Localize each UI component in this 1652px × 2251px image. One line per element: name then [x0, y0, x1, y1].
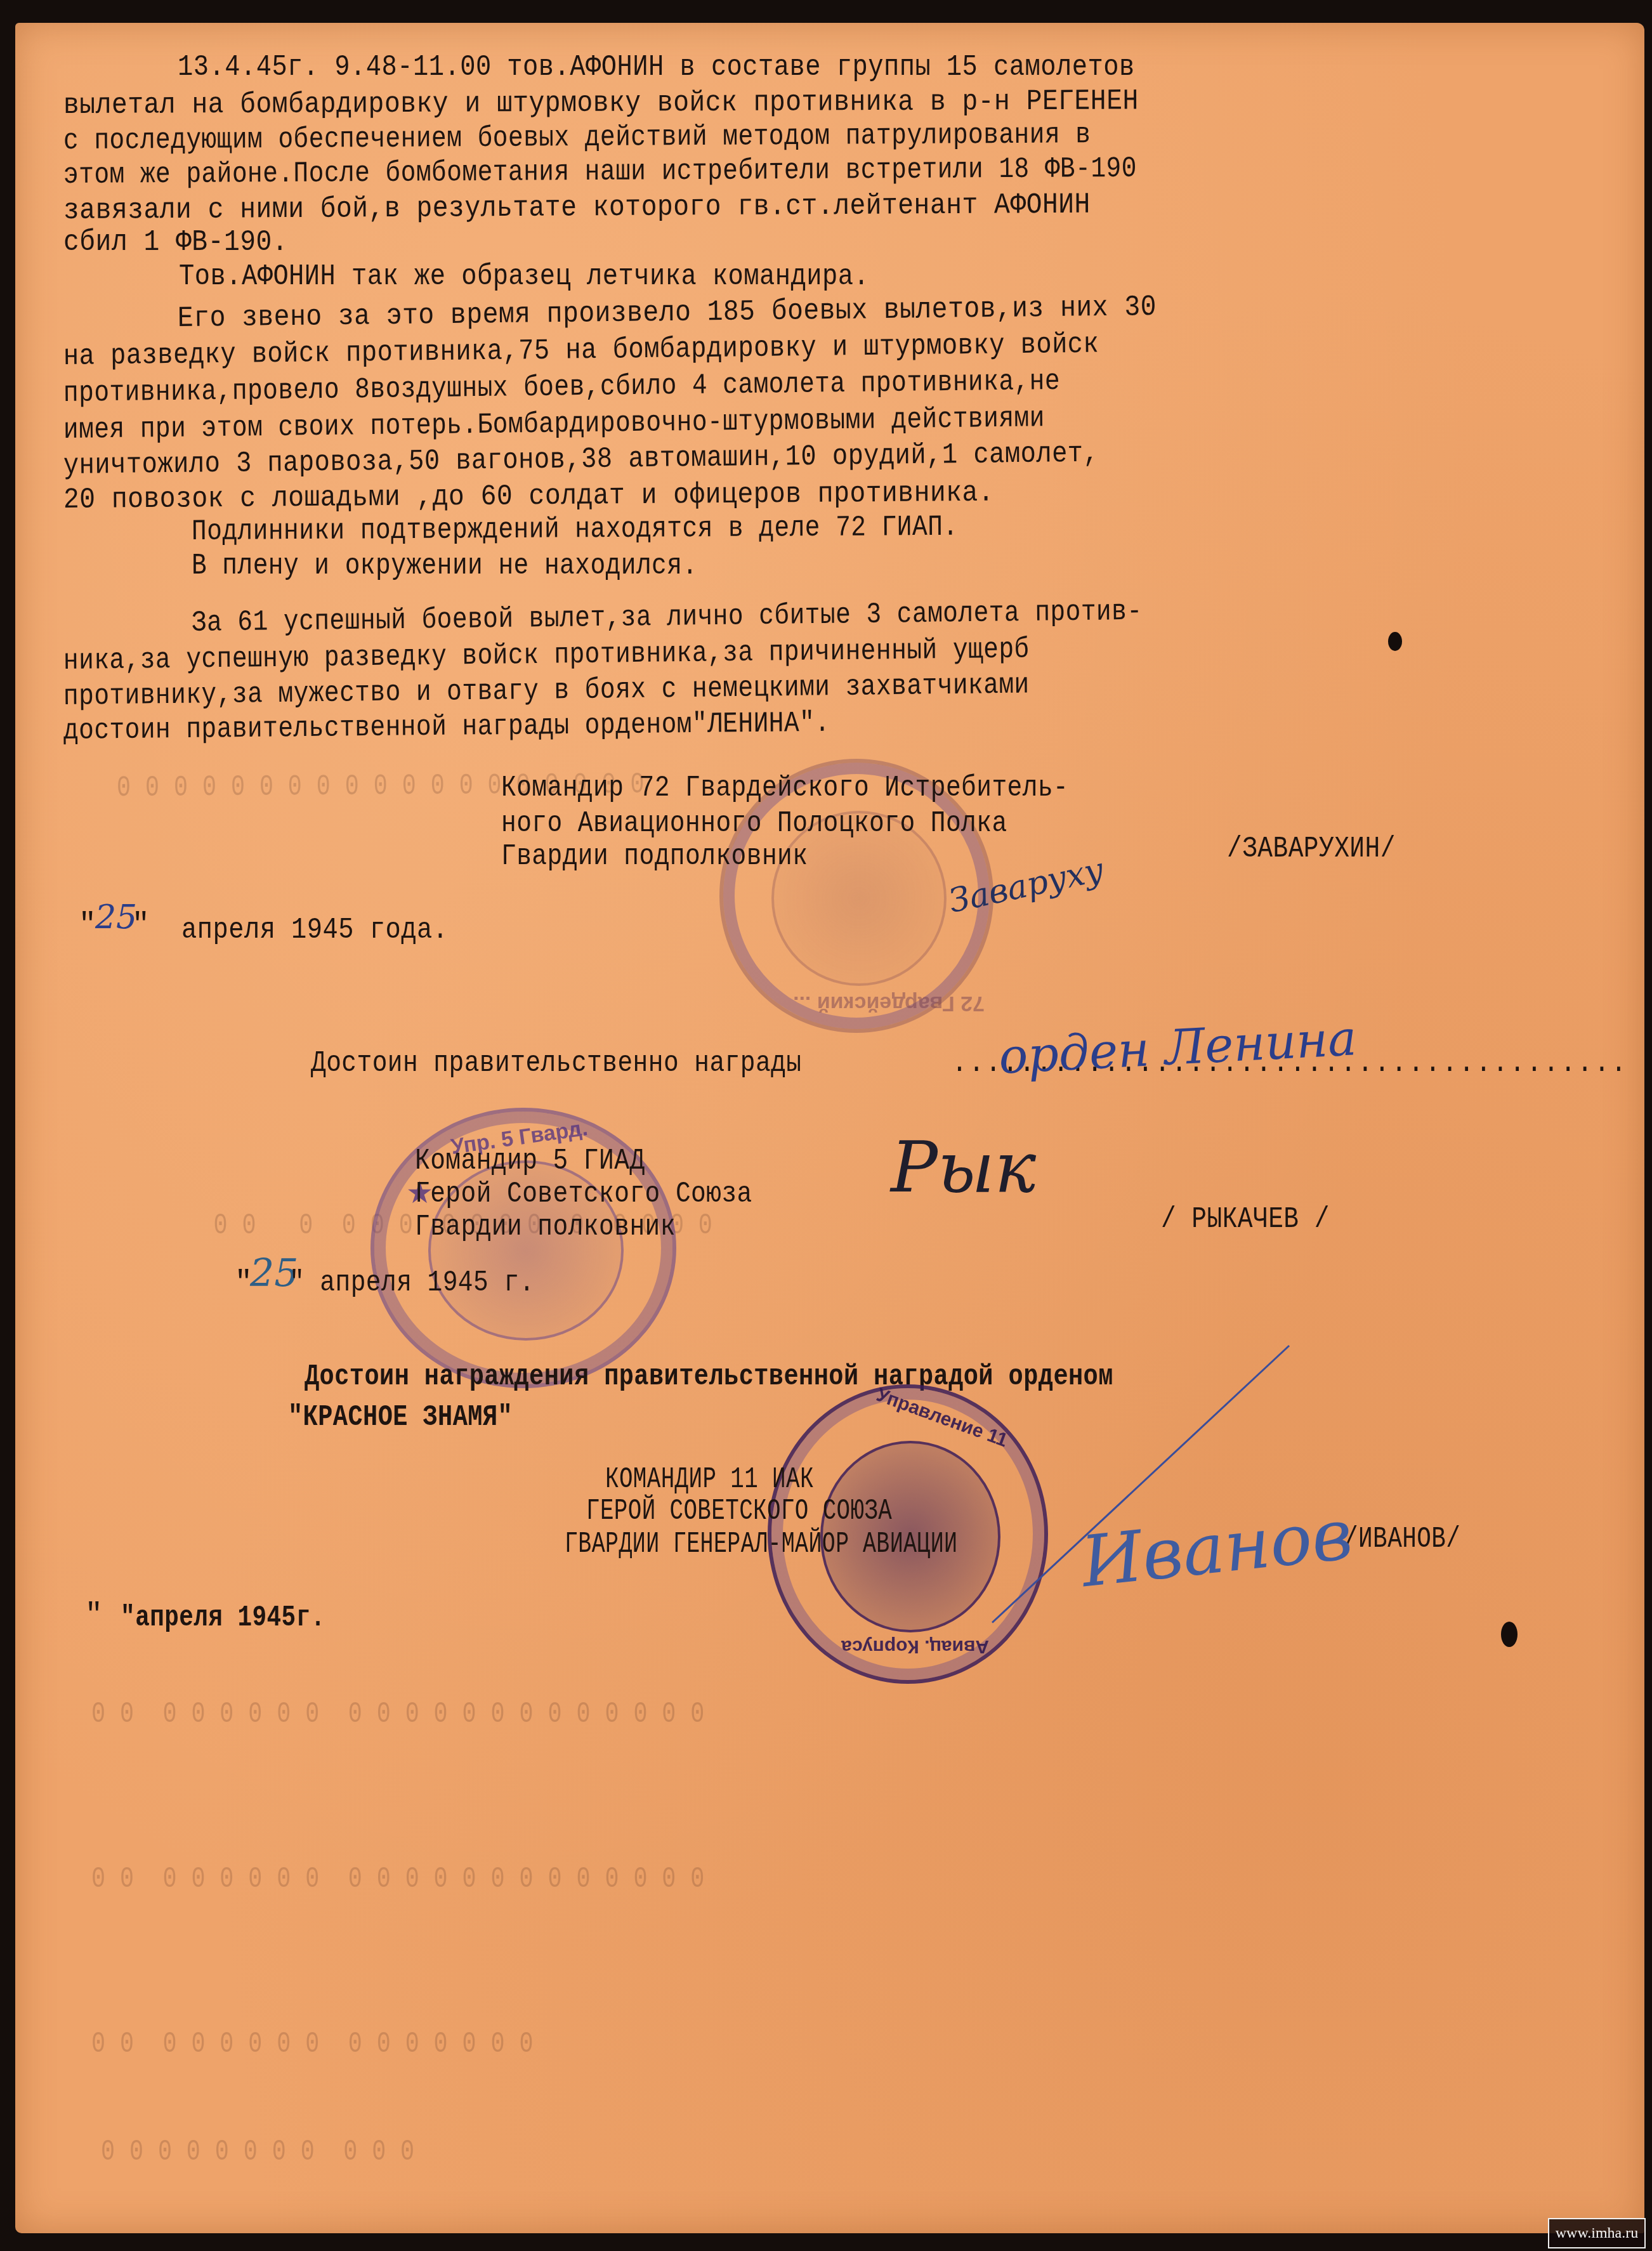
- signer-title-line: Командир 5 ГИАД: [415, 1145, 645, 1178]
- text-line: достоин правительственной награды ордено…: [63, 707, 830, 747]
- bleed-through-text: 0 0 0 0 0 0 0 0 0 0 0 0 0 0 0: [91, 2028, 534, 2061]
- award-label-line: "КРАСНОЕ ЗНАМЯ": [288, 1401, 513, 1434]
- paper-damage: [1388, 632, 1402, 651]
- signer-title-line: ГЕРОЙ СОВЕТСКОГО СОЮЗА: [586, 1495, 892, 1528]
- paper-damage: [1501, 1622, 1518, 1647]
- signer-name: / РЫКАЧЕВ /: [1161, 1203, 1330, 1236]
- signer-name: /ИВАНОВ/: [1344, 1523, 1460, 1556]
- signer-title-line: Командир 72 Гвардейского Истребитель-: [501, 771, 1068, 804]
- signer-title-line: Гвардии полковник: [415, 1211, 676, 1244]
- text-line: завязали с ними бой,в результате которог…: [63, 188, 1091, 227]
- text-line: 20 повозок с лошадьми ,до 60 солдат и оф…: [63, 476, 994, 516]
- handwritten-signature: Рык: [891, 1127, 1036, 1208]
- signer-title-line: Гвардии подполковник: [501, 840, 808, 873]
- signer-name: /ЗАВАРУХИН/: [1227, 832, 1396, 865]
- watermark: www.imha.ru: [1548, 2218, 1646, 2248]
- date-quote-close: ": [132, 909, 150, 942]
- text-line: Тов.АФОНИН так же образец летчика команд…: [179, 260, 869, 293]
- paragraph-confirmations: Подлинники подтверждений находятся в дел…: [192, 511, 959, 548]
- text-line: вылетал на бомбардировку и штурмовку вой…: [63, 84, 1139, 122]
- date-rest: апреля 1945 года.: [181, 914, 448, 947]
- signer-title-line: Герой Советского Союза: [415, 1178, 752, 1211]
- award-label: Достоин правительственно награды: [311, 1047, 801, 1080]
- signer-title-line: ГВАРДИИ ГЕНЕРАЛ-МАЙОР АВИАЦИИ: [565, 1528, 957, 1561]
- bleed-through-text: 0 0 0 0 0 0 0 0 0 0 0: [72, 2136, 415, 2169]
- signer-title-line: ного Авиационного Полоцкого Полка: [501, 807, 1007, 840]
- stamp-text: 72 Гвардейский ...: [793, 991, 985, 1016]
- text-line: с последующим обеспечением боевых действ…: [63, 118, 1091, 157]
- date-quote-open: ": [79, 909, 96, 942]
- text-line: 13.4.45г. 9.48-11.00 тов.АФОНИН в состав…: [178, 51, 1135, 84]
- text-line: сбил 1 ФВ-190.: [63, 226, 288, 259]
- award-label-line: Достоин награждения правительственной на…: [305, 1360, 1113, 1393]
- date-rest: " апреля 1945 г.: [289, 1266, 535, 1299]
- bleed-through-text: 0 0 0 0 0 0 0 0 0 0 0 0 0 0 0 0 0 0 0 0 …: [91, 1863, 705, 1896]
- date-day-handwritten: 25: [95, 898, 137, 936]
- bleed-through-text: 0 0 0 0 0 0 0 0 0 0 0 0 0 0 0 0 0 0 0 0 …: [91, 1698, 705, 1731]
- paragraph-captivity: В плену и окружении не находился.: [192, 549, 698, 582]
- handwritten-signature: Иванов: [1077, 1493, 1356, 1603]
- stamp-text-top: Управление 11: [874, 1384, 1011, 1452]
- stamp-text-bottom: Авиац. Корпуса: [841, 1636, 989, 1657]
- date-rest: "апреля 1945г.: [91, 1601, 325, 1634]
- text-line: этом же районе.После бомбометания наши и…: [63, 152, 1137, 192]
- signer-title-line: КОМАНДИР 11 ИАК: [605, 1463, 814, 1496]
- document-page: 0 0 0 0 0 0 0 0 0 0 0 0 0 0 0 0 0 0 0 0 …: [15, 23, 1644, 2233]
